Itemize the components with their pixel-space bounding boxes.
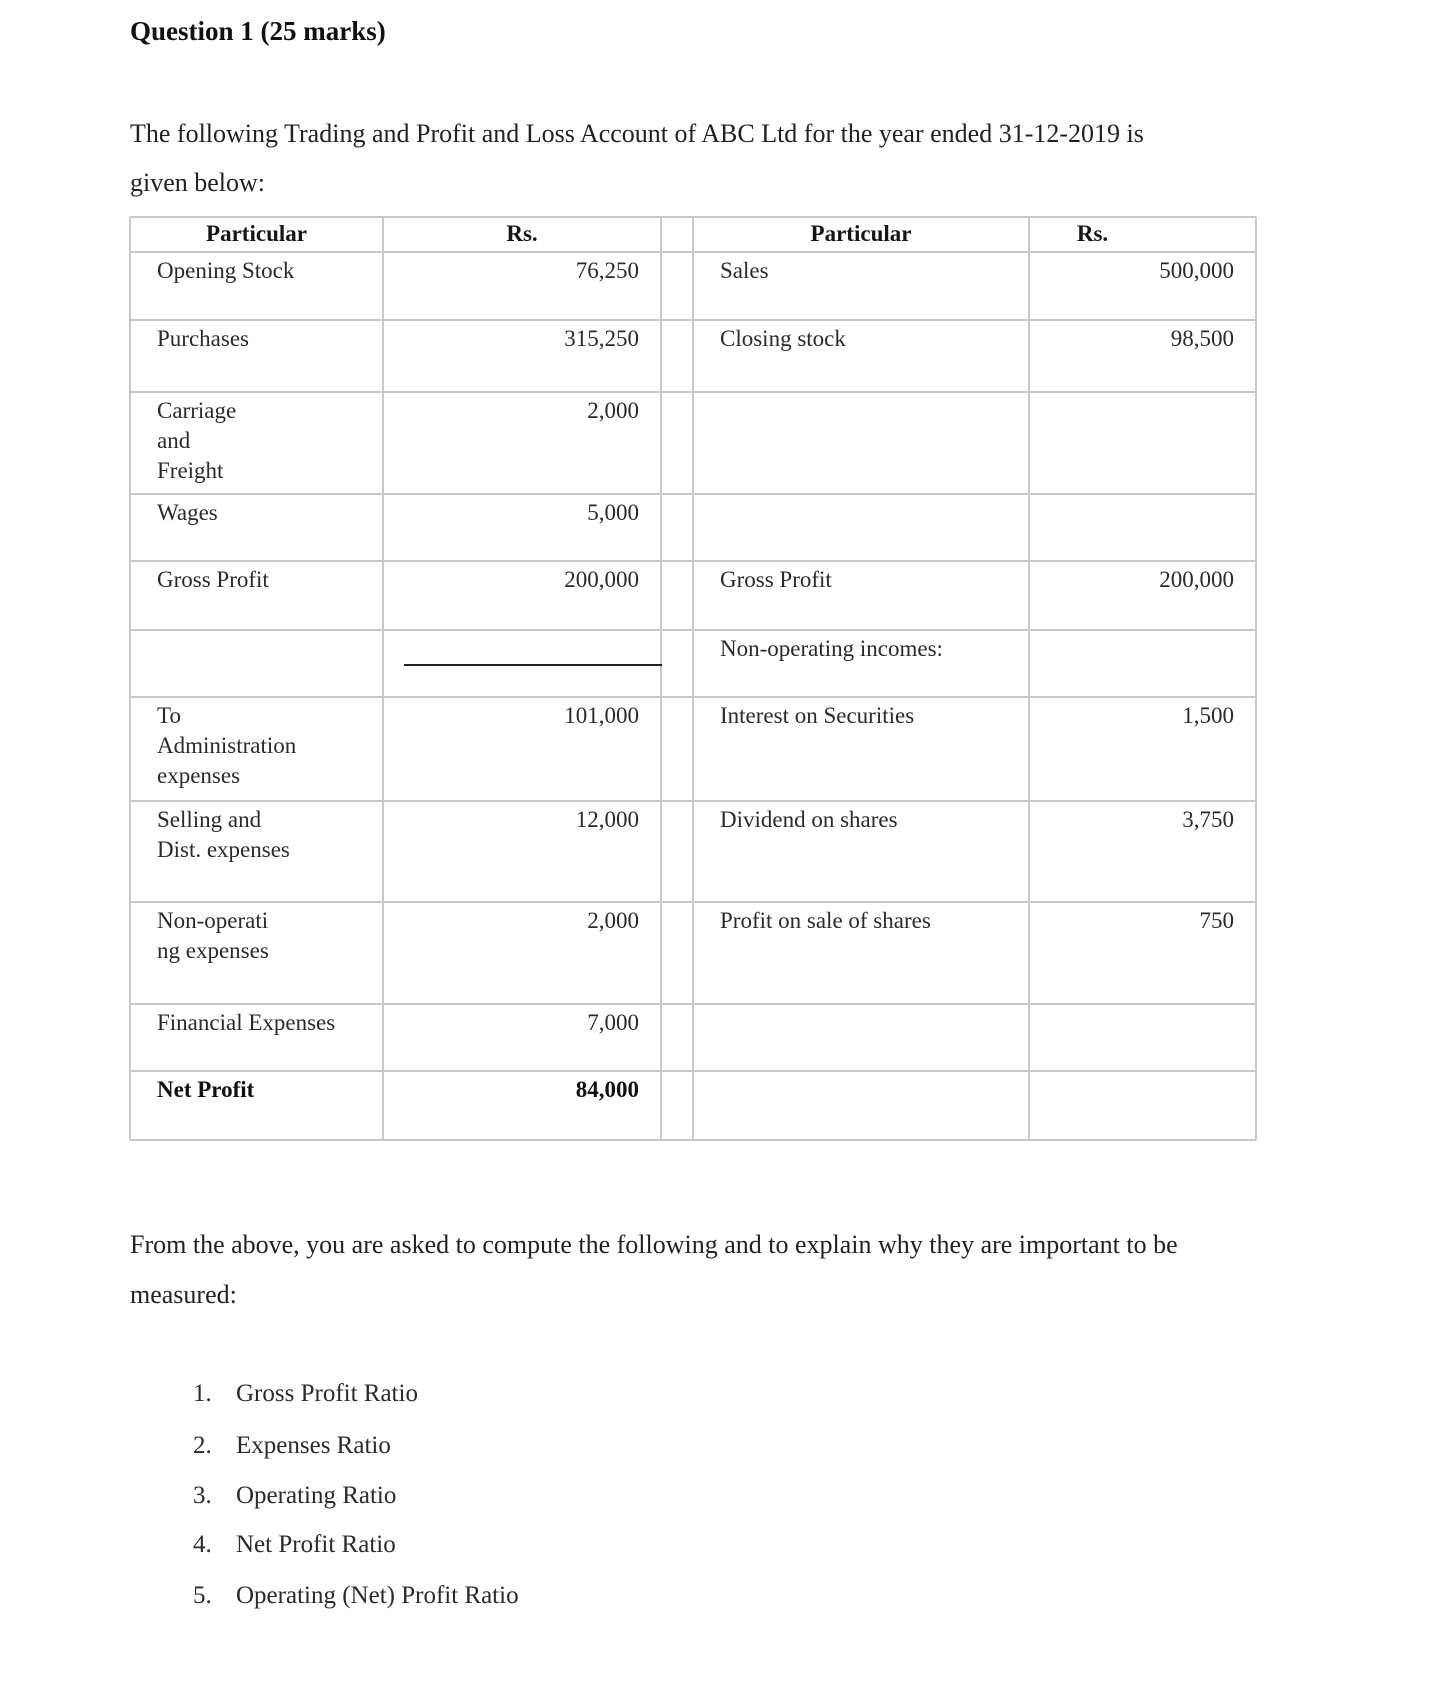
header-left-particular: Particular	[130, 219, 383, 249]
right-amount-cell: 750	[1029, 906, 1234, 936]
right-amount-cell: 200,000	[1029, 565, 1234, 595]
instructions-line-2: measured:	[130, 1280, 237, 1310]
list-item: Expenses Ratio	[236, 1432, 391, 1460]
header-right-particular: Particular	[693, 219, 1029, 249]
right-amount-cell: 1,500	[1029, 701, 1234, 731]
question-title: Question 1 (25 marks)	[130, 16, 386, 47]
trading-pl-account-table: ParticularRs.ParticularRs.Opening Stock7…	[130, 217, 1256, 1140]
left-particular-cell: Gross Profit	[157, 565, 377, 595]
left-particular-cell: Opening Stock	[157, 256, 377, 286]
left-amount-cell: 315,250	[383, 324, 639, 354]
list-item-number: 4.	[193, 1531, 212, 1559]
left-amount-cell: 5,000	[383, 498, 639, 528]
right-amount-cell: 3,750	[1029, 805, 1234, 835]
left-particular-cell: Financial Expenses	[157, 1008, 377, 1038]
header-right-amount: Rs.	[1029, 219, 1156, 249]
left-particular-cell: Non-operati ng expenses	[157, 906, 377, 966]
left-amount-cell: 2,000	[383, 396, 639, 426]
left-particular-cell: Net Profit	[157, 1075, 377, 1105]
list-item-number: 2.	[193, 1432, 212, 1460]
left-amount-cell: 2,000	[383, 906, 639, 936]
left-amount-cell: 101,000	[383, 701, 639, 731]
left-particular-cell: Selling and Dist. expenses	[157, 805, 377, 865]
list-item: Operating (Net) Profit Ratio	[236, 1582, 519, 1610]
left-amount-cell: 12,000	[383, 805, 639, 835]
intro-line-2: given below:	[130, 168, 265, 198]
right-particular-cell: Closing stock	[720, 324, 1020, 354]
total-underline-rule	[404, 664, 662, 666]
table-column-divider	[1028, 217, 1030, 1140]
instructions-line-1: From the above, you are asked to compute…	[130, 1230, 1178, 1260]
list-item-number: 5.	[193, 1582, 212, 1610]
right-particular-cell: Interest on Securities	[720, 701, 1020, 731]
left-amount-cell: 200,000	[383, 565, 639, 595]
list-item: Net Profit Ratio	[236, 1531, 396, 1559]
left-amount-cell: 84,000	[383, 1075, 639, 1105]
table-column-divider	[382, 217, 384, 1140]
left-particular-cell: Carriage and Freight	[157, 396, 377, 486]
left-particular-cell: To Administration expenses	[157, 701, 377, 791]
table-column-divider	[660, 217, 662, 1140]
left-particular-cell: Wages	[157, 498, 377, 528]
right-particular-cell: Dividend on shares	[720, 805, 1020, 835]
list-item: Operating Ratio	[236, 1482, 396, 1510]
right-particular-cell: Profit on sale of shares	[720, 906, 1020, 936]
left-particular-cell: Purchases	[157, 324, 377, 354]
header-left-amount: Rs.	[383, 219, 661, 249]
right-amount-cell: 500,000	[1029, 256, 1234, 286]
right-particular-cell: Sales	[720, 256, 1020, 286]
table-column-divider	[692, 217, 694, 1140]
list-item-number: 3.	[193, 1482, 212, 1510]
left-amount-cell: 7,000	[383, 1008, 639, 1038]
table-column-divider	[1255, 217, 1257, 1140]
right-particular-cell: Gross Profit	[720, 565, 1020, 595]
right-particular-cell: Non-operating incomes:	[720, 634, 1020, 664]
right-amount-cell: 98,500	[1029, 324, 1234, 354]
left-amount-cell: 76,250	[383, 256, 639, 286]
list-item-number: 1.	[193, 1380, 212, 1408]
list-item: Gross Profit Ratio	[236, 1380, 418, 1408]
table-column-divider	[129, 217, 131, 1140]
intro-line-1: The following Trading and Profit and Los…	[130, 119, 1144, 149]
